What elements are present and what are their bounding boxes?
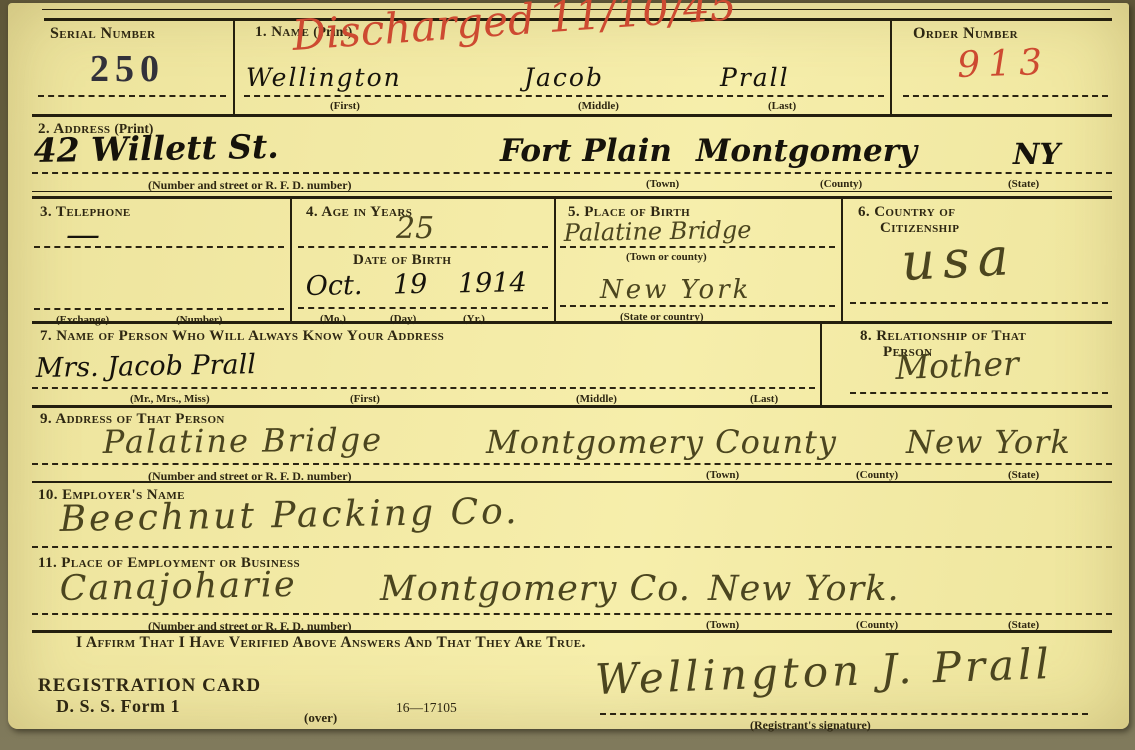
contact-sub-last: (Last) [750, 393, 778, 405]
rule-under-row2-thin [32, 191, 1112, 192]
employment-place-county-value: Montgomery Co. [380, 569, 691, 609]
age-dotted-line [298, 246, 548, 248]
contact-label: 7. Name of Person Who Will Always Know Y… [40, 328, 444, 345]
employment-place-state-value: New York. [708, 569, 900, 609]
divider-serial-name [233, 21, 235, 114]
birthplace-town-dotted [560, 246, 835, 248]
divider-name-order [890, 21, 892, 114]
address-dotted-line [32, 172, 1112, 174]
name-first-value: Wellington [246, 63, 402, 92]
order-dotted-line [903, 95, 1108, 97]
rule-above-affirmation [32, 630, 1112, 633]
rule-under-row2-thick [32, 196, 1112, 199]
rule-under-row3 [32, 321, 1112, 324]
telephone-dotted-line-2 [34, 308, 284, 310]
citizenship-value: usa [900, 227, 1018, 293]
discharge-annotation: Discharged 11/10/45 [291, 0, 738, 60]
name-middle-value: Jacob [524, 63, 604, 92]
telephone-sub-exchange: (Exchange) [56, 314, 109, 326]
signature-sub-label: (Registrant's signature) [750, 718, 871, 733]
address-sub-town: (Town) [646, 178, 679, 190]
name-dotted-line [244, 95, 884, 97]
contact-address-state-value: New York [906, 423, 1071, 461]
serial-dotted-line [38, 95, 226, 97]
contact-value: Mrs. Jacob Prall [35, 349, 256, 384]
employer-value: Beechnut Packing Co. [59, 491, 520, 540]
address-street-value: 42 Willett St. [33, 127, 279, 170]
dob-dotted-line [298, 307, 548, 309]
rule-under-row9 [32, 481, 1112, 483]
address-sub-state: (State) [1008, 178, 1039, 190]
contact-address-town-value: Montgomery County [486, 423, 837, 461]
relationship-dotted-line [850, 392, 1108, 394]
contact-dotted-line [32, 387, 815, 389]
contact-address-sub-county: (County) [856, 469, 898, 481]
contact-address-sub-town: (Town) [706, 469, 739, 481]
employment-place-dotted-line [32, 613, 1112, 615]
citizenship-label-line1: 6. Country of [858, 204, 955, 221]
order-number-value: 913 [957, 42, 1051, 86]
birthplace-town-value: Palatine Bridge [564, 216, 752, 247]
serial-number-value: 250 [90, 47, 165, 91]
contact-sub-title: (Mr., Mrs., Miss) [130, 393, 210, 405]
rule-under-row1 [32, 114, 1112, 117]
employer-dotted-line [32, 546, 1112, 548]
print-code: 16—17105 [396, 700, 457, 716]
relationship-label-line1: 8. Relationship of That [860, 328, 1026, 345]
dob-value: Oct. 19 1914 [305, 267, 526, 302]
employment-place-town-value: Canajoharie [59, 565, 297, 609]
name-sub-last: (Last) [768, 100, 796, 112]
birthplace-state-dotted [560, 305, 835, 307]
signature-dotted-line [600, 713, 1088, 715]
rule-under-row7 [32, 405, 1112, 408]
telephone-dotted-line-1 [34, 246, 284, 248]
name-sub-middle: (Middle) [578, 100, 619, 112]
registration-card: Serial Number 250 1. Name (Print) Discha… [8, 3, 1129, 729]
telephone-value: — [66, 215, 98, 255]
contact-address-street-value: Palatine Bridge [103, 421, 384, 461]
scanned-photo-background: { "form": { "serial": { "label": "Serial… [0, 0, 1135, 750]
address-state-value: NY [1013, 137, 1060, 171]
form-number: D. S. S. Form 1 [56, 696, 180, 717]
divider-tel-age [290, 199, 292, 321]
citizenship-dotted-line [850, 302, 1108, 304]
registrant-signature-value: Wellington J. Prall [594, 639, 1053, 704]
serial-number-label: Serial Number [50, 25, 155, 43]
divider-birth-citizen [841, 199, 843, 321]
divider-contact-relationship [820, 324, 822, 406]
contact-address-dotted-line [32, 463, 1112, 465]
dob-label: Date of Birth [353, 252, 451, 269]
telephone-sub-number: (Number) [176, 314, 222, 326]
relationship-value: Mother [895, 344, 1020, 387]
birthplace-state-value: New York [600, 275, 751, 305]
order-number-label: Order Number [913, 25, 1018, 43]
birthplace-sub-town: (Town or county) [626, 251, 707, 263]
card-title: REGISTRATION CARD [38, 675, 261, 697]
contact-address-sub-state: (State) [1008, 469, 1039, 481]
over-note: (over) [304, 710, 337, 726]
address-sub-county: (County) [820, 178, 862, 190]
address-county-value: Montgomery [696, 133, 917, 169]
name-sub-first: (First) [330, 100, 360, 112]
name-last-value: Prall [720, 63, 790, 92]
contact-sub-first: (First) [350, 393, 380, 405]
affirmation-statement: I Affirm That I Have Verified Above Answ… [76, 634, 586, 652]
divider-age-birth [554, 199, 556, 321]
address-town-value: Fort Plain [500, 133, 672, 169]
contact-sub-middle: (Middle) [576, 393, 617, 405]
age-value: 25 [396, 211, 434, 246]
